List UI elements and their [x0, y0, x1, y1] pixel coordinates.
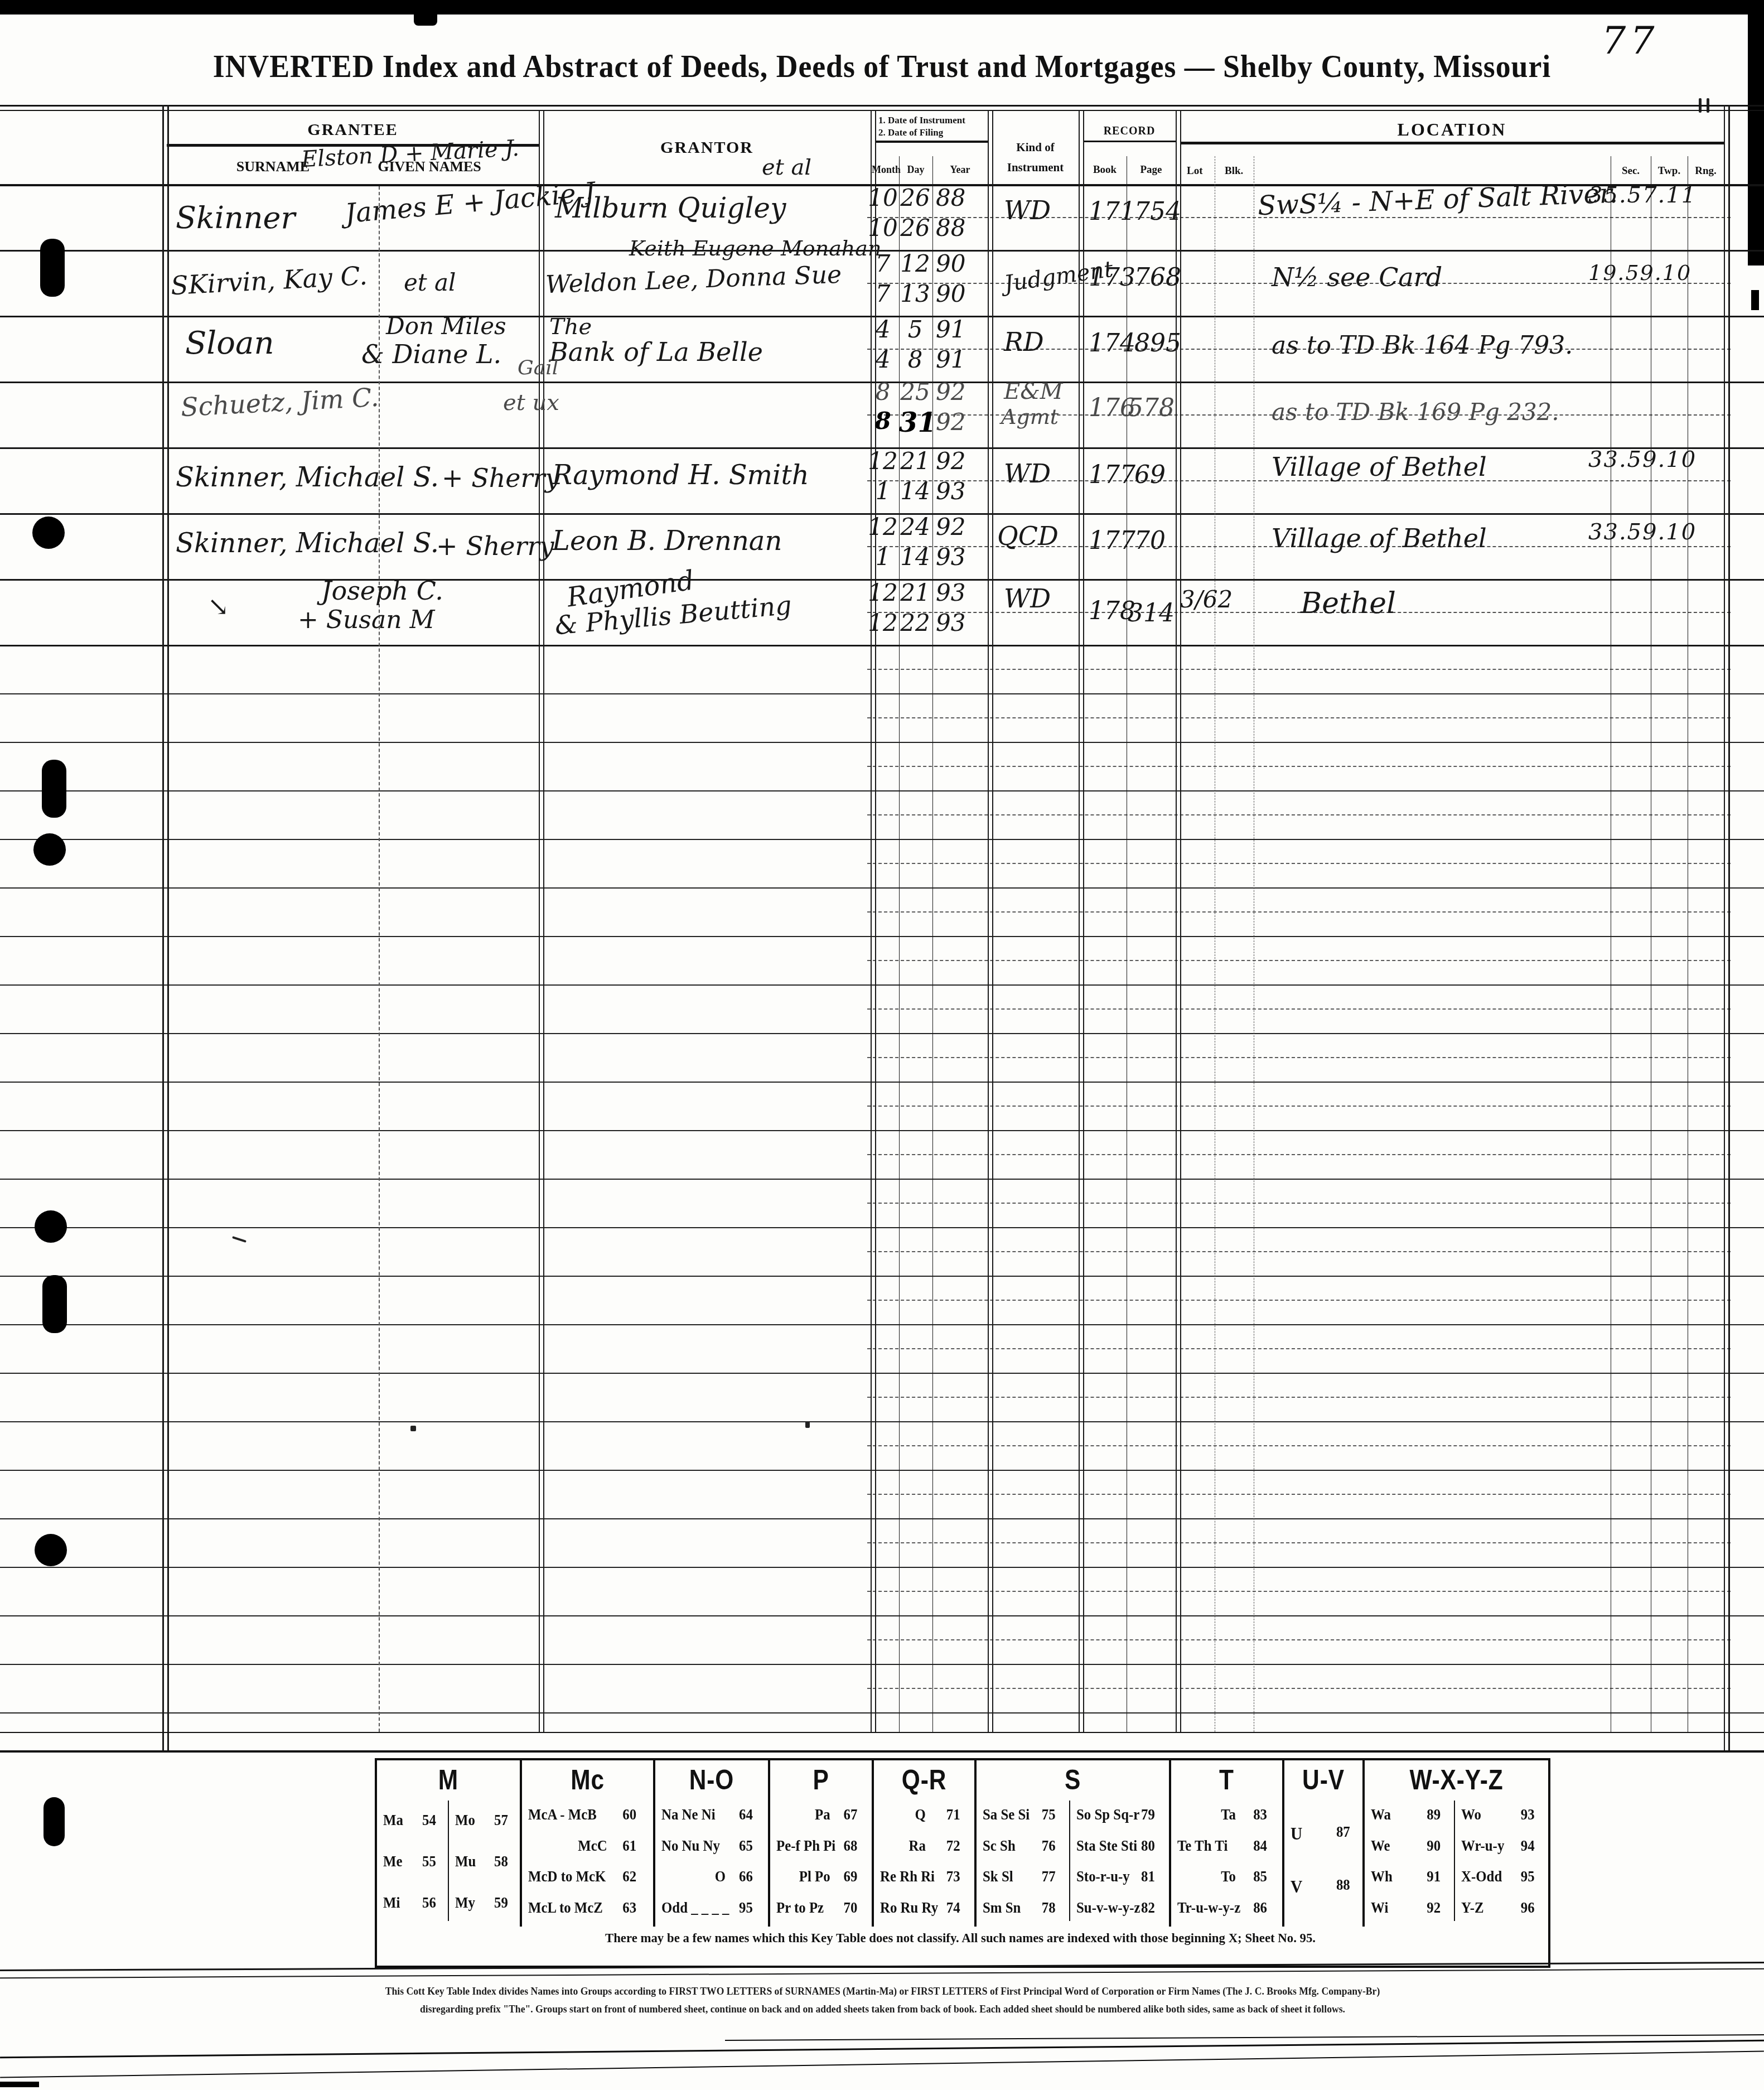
entry-day-1: 25: [899, 380, 931, 404]
entry-given-above: Gail: [518, 358, 558, 378]
pen-mark: [410, 1426, 416, 1431]
entry-lot: 3/62: [1180, 588, 1233, 611]
entry-location: SwS¼ - N+E of Salt River.: [1257, 180, 1618, 220]
key-sheet: 88: [1336, 1876, 1350, 1897]
key-range: Su-v-w-y-z: [1076, 1899, 1140, 1917]
key-sheet: 66: [739, 1868, 753, 1885]
key-letter: U-V: [1291, 1764, 1357, 1796]
key-range: Sc Sh: [983, 1837, 1016, 1855]
key-range: Pl Po: [799, 1868, 830, 1885]
entry-year-2: 93: [936, 546, 988, 569]
key-sheet: 95: [1521, 1868, 1535, 1885]
key-sheet: 62: [622, 1868, 636, 1885]
entry-surname: Skinner, Michael S.: [176, 530, 439, 557]
entry-year-1: 92: [936, 515, 988, 539]
entry-month-1: 12: [868, 450, 898, 473]
key-range: Ra: [909, 1837, 926, 1855]
key-range: McD to McK: [528, 1868, 606, 1885]
key-subcol: Ma54 Me55 Mi56: [377, 1799, 448, 1923]
entry-month-2: 8: [868, 409, 898, 433]
entry-location: as to TD Bk 164 Pg 793.: [1272, 334, 1573, 358]
entry-year-1: 92: [936, 380, 988, 404]
entry-month-1: 12: [868, 515, 898, 539]
entry-day-1: 21: [899, 450, 931, 473]
entry-given-top: Don Miles: [386, 315, 506, 338]
rule-table-bottom: [0, 1750, 1764, 1753]
key-range: To: [1221, 1868, 1236, 1885]
key-sheet: 56: [422, 1894, 436, 1912]
rule-table-bottom: [0, 1732, 1764, 1733]
key-subcol: Wo93 Wr-u-y94 X-Odd95 Y-Z96: [1455, 1799, 1548, 1923]
entry-grantor: Milburn Quigley: [555, 194, 786, 222]
col-book: Book: [1083, 164, 1127, 176]
key-range: Wr-u-y: [1461, 1837, 1504, 1855]
entry-book: 177: [1089, 529, 1135, 553]
footnote-line-2: disregarding prefix "The". Groups start …: [378, 2004, 1386, 2015]
entry-grantor-above: et al: [762, 156, 811, 178]
page-title: INVERTED Index and Abstract of Deeds, De…: [35, 49, 1728, 85]
key-sheet: 77: [1042, 1868, 1056, 1885]
key-sheet: 64: [739, 1806, 753, 1823]
entry-month-1: 7: [868, 252, 898, 276]
col-date-filing: 2. Date of Filing: [875, 127, 991, 138]
key-range: Sm Sn: [983, 1899, 1021, 1917]
entry-sec-twp-rng: 19.59.10: [1588, 262, 1691, 283]
key-range: Odd _ _ _ _: [661, 1899, 729, 1917]
entry-grantor: Raymond H. Smith: [552, 462, 809, 489]
key-letter: M: [388, 1764, 509, 1796]
key-letter: T: [1180, 1764, 1274, 1796]
col-twp: Twp.: [1651, 165, 1688, 177]
rule: [0, 105, 1764, 107]
hole-punch: [32, 517, 65, 549]
entry-book: 171: [1089, 200, 1135, 224]
key-column-p: P Pa67 Pe-f Ph Pi68 Pl Po69 Pr to Pz70: [770, 1760, 874, 1927]
hole-punch: [42, 1275, 67, 1333]
ledger-entry-row: Skinner, Michael S. + Sherry Raymond H. …: [0, 447, 1764, 513]
key-range: Mi: [383, 1894, 400, 1912]
entry-year-1: 90: [936, 252, 988, 276]
ledger-entry-row: Gail Schuetz, Jim C. et ux 8 25 92 8 31 …: [0, 382, 1764, 447]
ledger-entry-row: Skinner, Michael S. + Sherry Leon B. Dre…: [0, 513, 1764, 579]
hole-punch: [40, 239, 65, 297]
entry-page: 70: [1134, 529, 1166, 553]
footnote-line-1: This Cott Key Table Index divides Names …: [378, 1986, 1386, 1997]
entry-day-1: 5: [899, 318, 931, 341]
key-sheet: 79: [1141, 1806, 1155, 1823]
entry-year-1: 92: [936, 450, 988, 473]
key-sheet: 63: [622, 1899, 636, 1917]
entry-given-names: + Sherry: [436, 533, 554, 559]
key-range: X-Odd: [1461, 1868, 1502, 1885]
entry-surname: Sloan: [185, 328, 274, 359]
key-sheet: 90: [1427, 1837, 1441, 1855]
hole-punch: [35, 1534, 67, 1566]
key-letter: Mc: [532, 1764, 644, 1796]
rule: [0, 110, 1764, 111]
entry-day-2: 8: [899, 348, 931, 371]
entry-year-2: 93: [936, 480, 988, 503]
entry-book: 173: [1089, 266, 1135, 290]
col-kind-1: Kind of: [992, 141, 1079, 155]
entry-year-2: 92: [936, 411, 988, 434]
key-range: Wo: [1461, 1806, 1481, 1823]
entry-surname: SKirvin, Kay C.: [170, 263, 368, 298]
key-letter: W-X-Y-Z: [1379, 1764, 1535, 1796]
col-record: RECORD: [1083, 125, 1176, 138]
entry-day-2: 14: [899, 480, 931, 503]
entry-month-2: 1: [868, 546, 898, 569]
key-sheet: 78: [1042, 1899, 1056, 1917]
key-column-s: S Sa Se Si75 Sc Sh76 Sk Sl77 Sm Sn78 So …: [977, 1760, 1171, 1927]
key-sheet: 95: [739, 1899, 753, 1917]
key-sheet: 83: [1253, 1806, 1267, 1823]
key-subcol: Mo57 Mu58 My59: [449, 1799, 520, 1923]
key-letter: S: [991, 1764, 1154, 1796]
entry-day-2: 14: [899, 546, 931, 569]
key-sheet: 69: [844, 1868, 858, 1885]
entry-kind: WD: [1004, 586, 1051, 611]
entry-location: N½ see Card: [1272, 264, 1442, 290]
key-range: My: [455, 1894, 475, 1912]
key-sheet: 67: [844, 1806, 858, 1823]
hole-punch: [44, 1797, 65, 1846]
key-range: Wh: [1371, 1868, 1393, 1885]
entry-book: 174: [1089, 331, 1135, 356]
key-range: Mo: [455, 1812, 475, 1829]
key-sheet: 68: [844, 1837, 858, 1855]
key-range: Tr-u-w-y-z: [1177, 1899, 1240, 1917]
entry-kind: QCD: [997, 523, 1059, 549]
entry-page: 895: [1134, 331, 1181, 356]
key-column-t: T Ta83 Te Th Ti84 To85 Tr-u-w-y-z86: [1171, 1760, 1284, 1927]
key-sheet: 57: [494, 1812, 508, 1829]
key-sheet: 82: [1141, 1899, 1155, 1917]
key-range: Pr to Pz: [776, 1899, 824, 1917]
entry-given-names: Joseph C.: [321, 578, 443, 604]
key-sheet: 93: [1521, 1806, 1535, 1823]
col-page: Page: [1127, 164, 1176, 176]
col-grantor: GRANTOR: [543, 138, 871, 157]
entry-given-bottom: & Diane L.: [361, 341, 501, 367]
entry-grantor-above: Keith Eugene Monahan: [629, 238, 881, 259]
entry-year-2: 91: [936, 348, 988, 371]
key-letter: P: [778, 1764, 864, 1796]
key-sheet: 60: [622, 1806, 636, 1823]
key-sheet: 91: [1427, 1868, 1441, 1885]
key-range: Te Th Ti: [1177, 1837, 1227, 1855]
key-sheet: 72: [946, 1837, 960, 1855]
entry-kind: E&M: [1004, 380, 1063, 403]
entry-page: 69: [1134, 463, 1166, 487]
entry-year-1: 88: [936, 186, 988, 210]
key-range: We: [1371, 1837, 1390, 1855]
entry-month-2: 1: [868, 480, 898, 503]
entry-day-1: 21: [899, 581, 931, 605]
hole-punch: [42, 760, 66, 818]
entry-day-2: 31: [899, 409, 931, 436]
key-range: Wi: [1371, 1899, 1388, 1917]
key-range: Pe-f Ph Pi: [776, 1837, 835, 1855]
entry-day-2: 22: [899, 611, 931, 635]
col-rng: Rng.: [1688, 165, 1724, 177]
entry-month-2: 12: [868, 611, 898, 635]
check-mark: ↘: [207, 593, 229, 619]
entry-location: Village of Bethel: [1272, 525, 1487, 551]
key-sheet: 58: [494, 1853, 508, 1870]
entry-month-1: 8: [868, 380, 898, 404]
key-sheet: 84: [1253, 1837, 1267, 1855]
key-range: McL to McZ: [528, 1899, 603, 1917]
key-range: Re Rh Ri: [880, 1868, 935, 1885]
key-range: U: [1291, 1823, 1302, 1844]
key-range: Y-Z: [1461, 1899, 1484, 1917]
entry-kind-2: Agmt: [1001, 406, 1059, 427]
key-sheet: 94: [1521, 1837, 1535, 1855]
entry-day-2: 13: [899, 282, 931, 306]
scan-edge-bottom-mark: [0, 2082, 39, 2087]
hole-punch: [33, 833, 66, 866]
rule-location: [1180, 142, 1724, 144]
col-blk: Blk.: [1225, 165, 1256, 177]
page-number: 77: [1602, 19, 1659, 63]
entry-kind: WD: [1004, 461, 1051, 486]
rule-record: [1083, 141, 1176, 142]
key-range: Pa: [815, 1806, 830, 1823]
entry-month-2: 7: [868, 282, 898, 306]
key-column-no: N-O Na Ne Ni64 No Nu Ny65 O66 Odd _ _ _ …: [655, 1760, 770, 1927]
entry-year-2: 88: [936, 216, 988, 240]
scanned-ledger-page: INVERTED Index and Abstract of Deeds, De…: [0, 0, 1764, 2090]
key-sheet: 65: [739, 1837, 753, 1855]
key-sheet: 81: [1141, 1868, 1155, 1885]
entry-surname: Schuetz, Jim C.: [180, 384, 379, 421]
key-sheet: 92: [1427, 1899, 1441, 1917]
key-range: Ma: [383, 1812, 403, 1829]
key-range: Sa Se Si: [983, 1806, 1030, 1823]
scan-artifact-line: [725, 2034, 1764, 2041]
key-range: Me: [383, 1853, 402, 1870]
entry-surname: Skinner, Michael S.: [176, 464, 439, 491]
key-column-mc: Mc McA - McB60 McC61 McD to McK62 McL to…: [522, 1760, 655, 1927]
col-kind-2: Instrument: [992, 161, 1079, 175]
ledger-entry-row: Sloan Don Miles & Diane L. The Bank of L…: [0, 316, 1764, 382]
entry-day-1: 26: [899, 186, 931, 210]
entry-day-2: 26: [899, 216, 931, 240]
entry-year-2: 93: [936, 611, 988, 635]
key-sheet: 55: [422, 1853, 436, 1870]
key-sheet: 73: [946, 1868, 960, 1885]
key-subcol: Wa89 We90 Wh91 Wi92: [1365, 1799, 1454, 1923]
key-letter: Q-R: [882, 1764, 967, 1796]
entry-sec-twp-rng: 35.57.11: [1588, 184, 1697, 206]
key-sheet: 74: [946, 1899, 960, 1917]
ledger-entry-row: Elston D + Marie J. Skinner James E + Ja…: [0, 184, 1764, 250]
entry-kind: RD: [1004, 329, 1044, 355]
entry-given-bottom: + Susan M: [298, 608, 435, 633]
key-sheet: 85: [1253, 1868, 1267, 1885]
pen-mark: [805, 1421, 810, 1428]
entry-surname: Skinner: [176, 203, 295, 233]
entry-sec-twp-rng: 33.59.10: [1588, 448, 1697, 471]
key-sheet: 76: [1042, 1837, 1056, 1855]
ledger-entry-row: SKirvin, Kay C. et al Keith Eugene Monah…: [0, 250, 1764, 316]
entry-page: 754: [1134, 200, 1181, 224]
entry-page: 578: [1128, 396, 1175, 421]
key-column-uv: U-V U87 V88: [1284, 1760, 1365, 1927]
entry-year-1: 91: [936, 318, 988, 341]
key-range: Mu: [455, 1853, 476, 1870]
entry-kind: WD: [1004, 197, 1051, 223]
entry-month-2: 4: [868, 348, 898, 371]
entry-grantor: The: [549, 316, 592, 338]
col-sec: Sec.: [1611, 165, 1651, 177]
key-letter: N-O: [664, 1764, 760, 1796]
entry-book: 177: [1089, 463, 1135, 487]
key-sheet: 89: [1427, 1806, 1441, 1823]
entry-grantor: Weldon Lee, Donna Sue: [545, 263, 842, 298]
entry-month-1: 12: [868, 581, 898, 605]
key-sheet: 71: [946, 1806, 960, 1823]
key-range: Na Ne Ni: [661, 1806, 716, 1823]
key-range: McA - McB: [528, 1806, 597, 1823]
entry-given-names: + Sherry: [442, 465, 560, 491]
entry-page: 314: [1128, 601, 1175, 626]
col-location: LOCATION: [1180, 119, 1724, 140]
pen-mark: [232, 1236, 247, 1243]
rule-dates: [875, 141, 988, 143]
key-column-wxyz: W-X-Y-Z Wa89 We90 Wh91 Wi92 Wo93 Wr-u-y9…: [1365, 1760, 1548, 1927]
entry-grantor: Leon B. Drennan: [552, 528, 782, 554]
key-sheet: 96: [1521, 1899, 1535, 1917]
scan-edge-top-nub: [414, 15, 437, 26]
key-range: O: [715, 1868, 726, 1885]
key-range: So Sp Sq-r: [1076, 1806, 1139, 1823]
key-range: Wa: [1371, 1806, 1391, 1823]
key-range: Sto-r-u-y: [1076, 1868, 1130, 1885]
entry-day-1: 12: [899, 252, 931, 276]
key-sheet: 75: [1042, 1806, 1056, 1823]
entry-sec-twp-rng: 33.59.10: [1588, 521, 1697, 543]
key-range: Q: [915, 1806, 926, 1823]
entry-year-1: 93: [936, 581, 988, 605]
key-table-note: There may be a few names which this Key …: [404, 1931, 1517, 1946]
key-range: Sta Ste Sti: [1076, 1837, 1137, 1855]
key-range: V: [1291, 1876, 1302, 1897]
key-column-qr: Q-R Q71 Ra72 Re Rh Ri73 Ro Ru Ry74: [874, 1760, 977, 1927]
entry-grantor-2: Bank of La Belle: [549, 339, 763, 365]
entry-day-1: 24: [899, 515, 931, 539]
entry-year-2: 90: [936, 282, 988, 306]
entry-page: 768: [1134, 266, 1181, 290]
entry-location: as to TD Bk 169 Pg 232.: [1272, 400, 1559, 424]
col-grantee: GRANTEE: [167, 120, 539, 139]
key-range: Sk Sl: [983, 1868, 1013, 1885]
entry-given-names: et ux: [503, 392, 559, 414]
key-subcol: So Sp Sq-r79 Sta Ste Sti80 Sto-r-u-y81 S…: [1070, 1799, 1169, 1923]
entry-month-1: 10: [868, 186, 898, 210]
entry-location: Bethel: [1301, 589, 1396, 618]
key-sheet: 61: [622, 1837, 636, 1855]
key-subcol: Sa Se Si75 Sc Sh76 Sk Sl77 Sm Sn78: [977, 1799, 1069, 1923]
key-sheet: 59: [494, 1894, 508, 1912]
key-sheet: 87: [1336, 1823, 1350, 1844]
scan-edge-top: [0, 0, 1764, 15]
key-column-m: M Ma54 Me55 Mi56 Mo57 Mu58 My59: [377, 1760, 522, 1927]
key-range: Ta: [1221, 1806, 1236, 1823]
key-sheet: 80: [1141, 1837, 1155, 1855]
col-lot: Lot: [1187, 165, 1216, 177]
key-range: Ro Ru Ry: [880, 1899, 938, 1917]
key-range: No Nu Ny: [661, 1837, 720, 1855]
entry-given-names: et al: [404, 271, 456, 295]
hole-punch: [35, 1210, 67, 1243]
col-day: Day: [899, 164, 932, 176]
key-sheet: 86: [1253, 1899, 1267, 1917]
key-sheet: 70: [844, 1899, 858, 1917]
key-range: McC: [578, 1837, 607, 1855]
entry-location: Village of Bethel: [1272, 454, 1487, 480]
ledger-entry-row: ↘ Joseph C. + Susan M Raymond & Phyllis …: [0, 579, 1764, 645]
col-date-instrument: 1. Date of Instrument: [875, 115, 991, 126]
col-year: Year: [932, 164, 988, 176]
entry-month-1: 4: [868, 318, 898, 341]
key-sheet: 54: [422, 1812, 436, 1829]
